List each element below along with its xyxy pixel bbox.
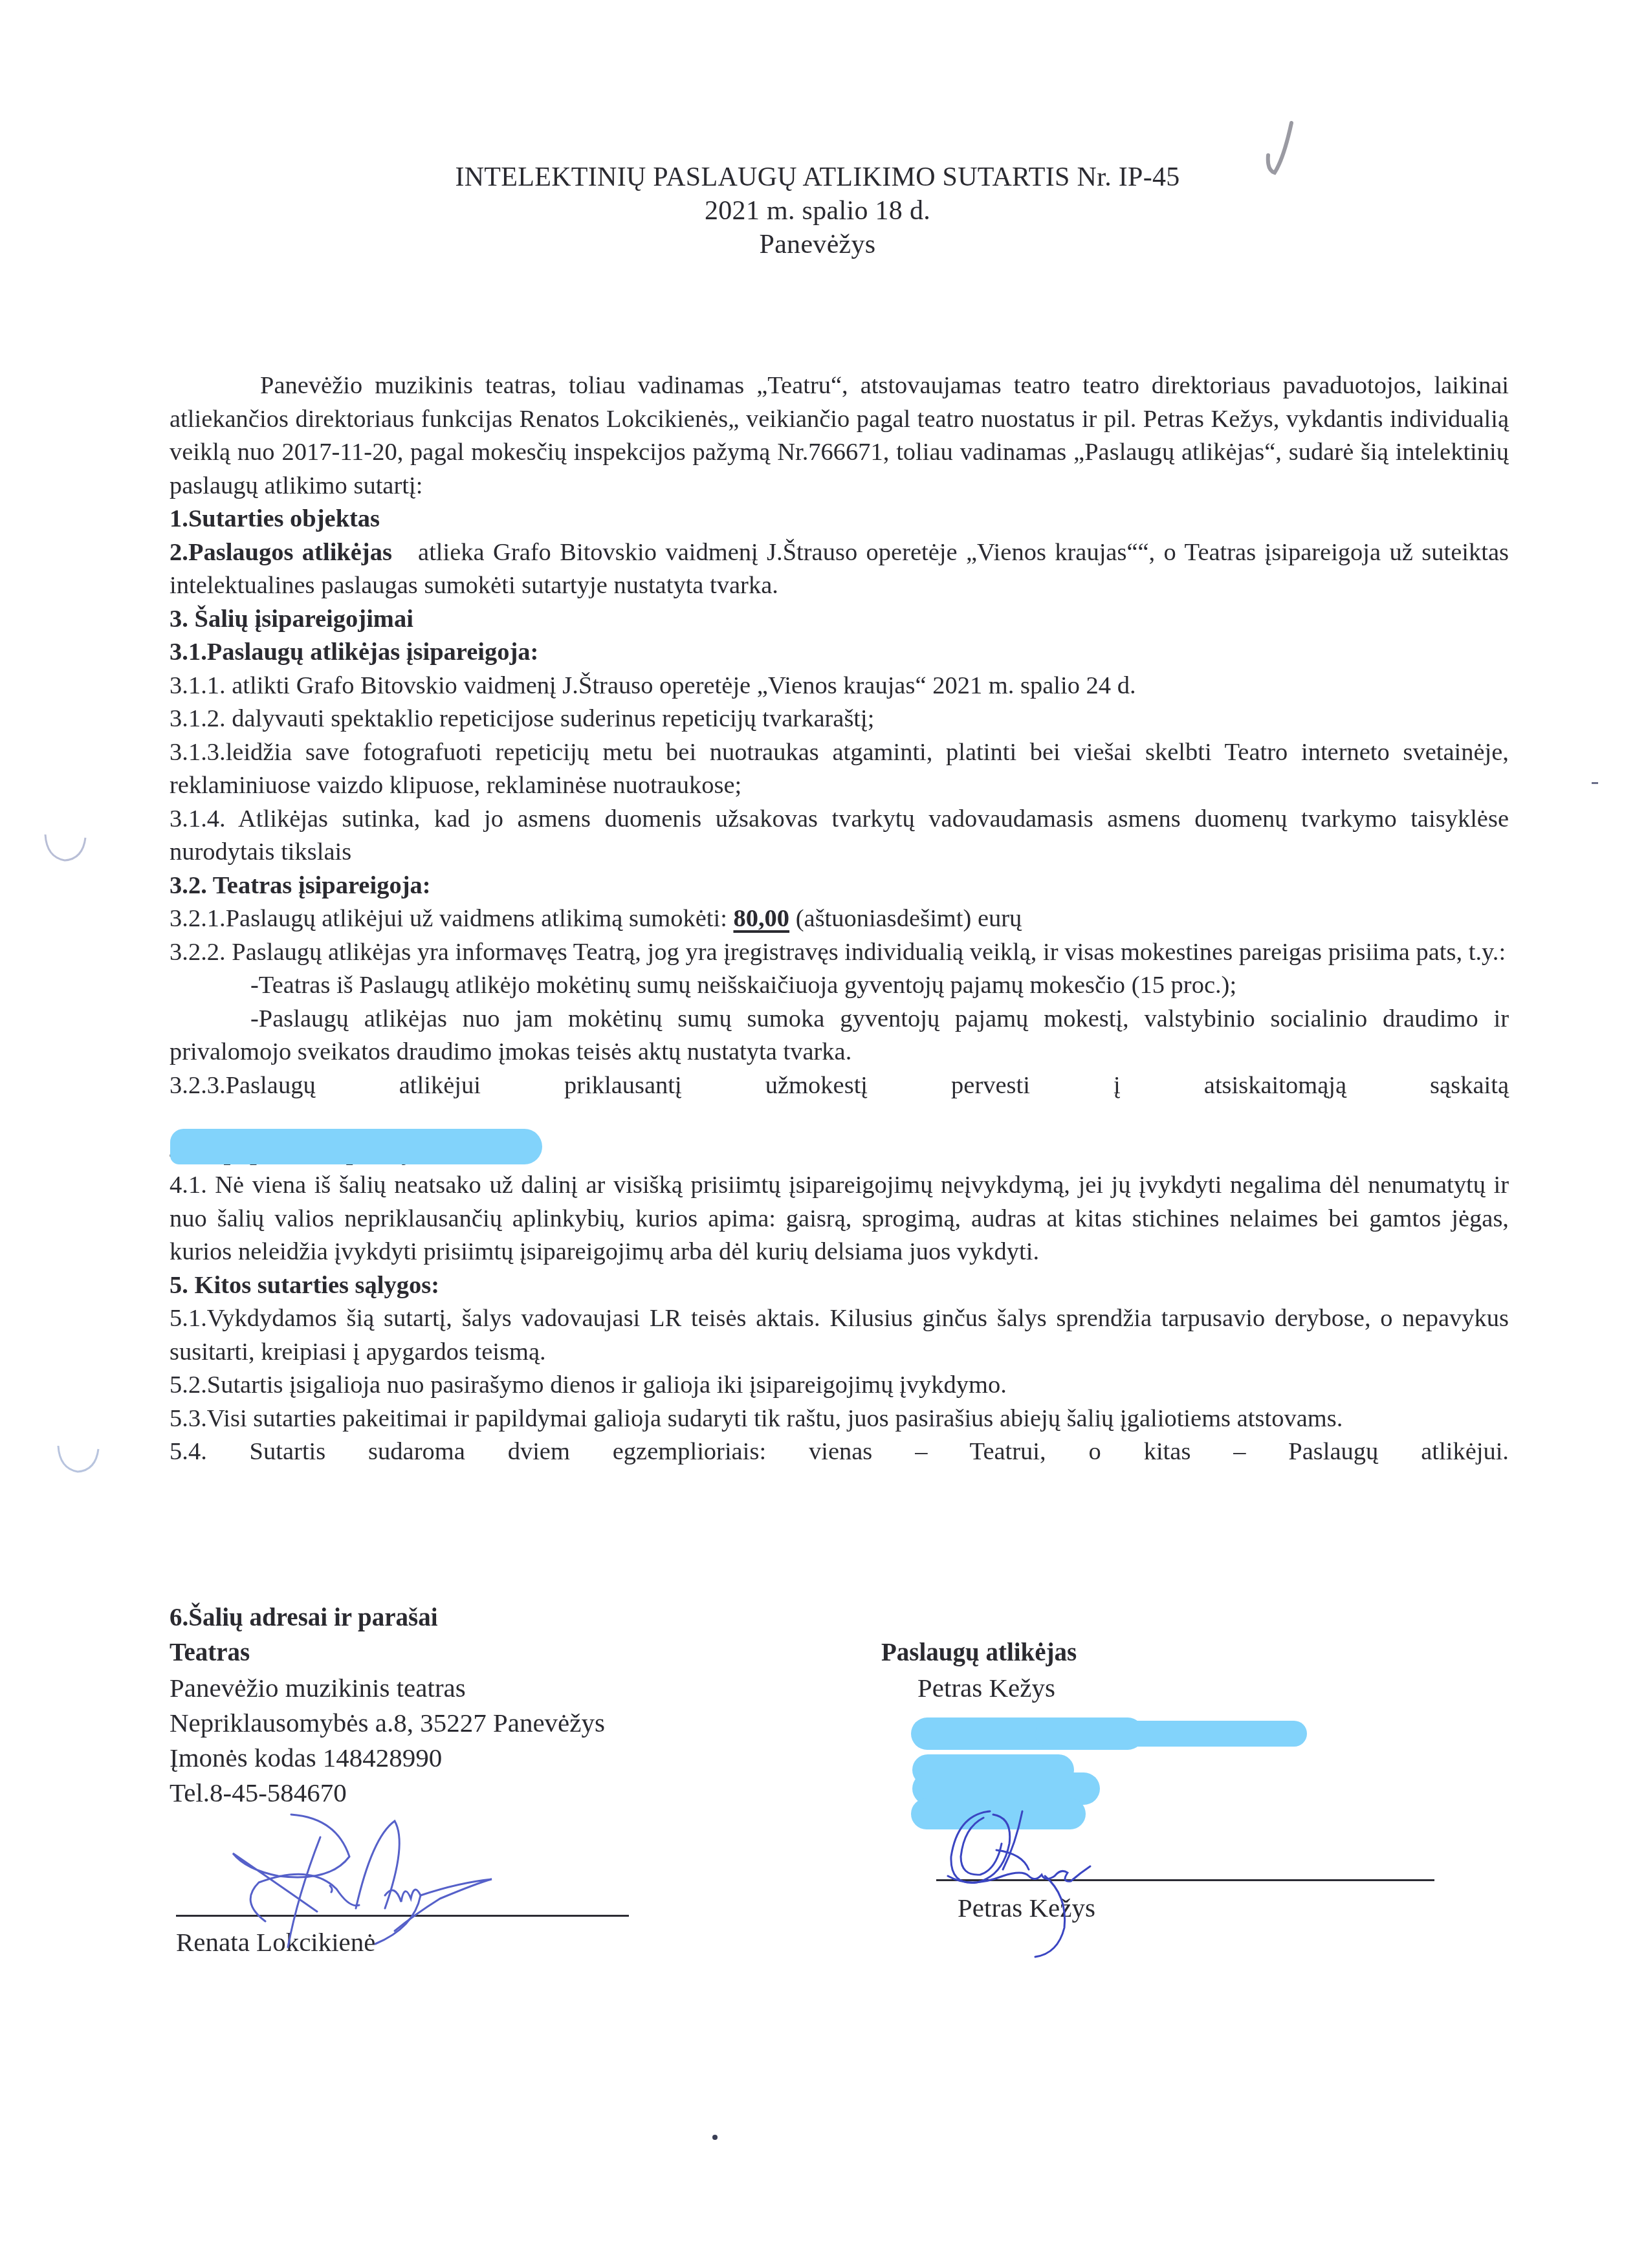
clause-5-1: 5.1.Vykdydamos šią sutartį, šalys vadova… xyxy=(170,1302,1509,1369)
clause-3-2-1: 3.2.1.Paslaugų atlikėjui už vaidmens atl… xyxy=(170,902,1509,936)
performer-label: Paslaugų atlikėjas xyxy=(881,1635,1077,1670)
section-1-heading: 1.Sutarties objektas xyxy=(170,503,1509,536)
contract-page: INTELEKTINIŲ PASLAUGŲ ATLIKIMO SUTARTIS … xyxy=(0,0,1635,2268)
section-2-heading: 2.Paslaugos atlikėjas xyxy=(170,539,392,566)
intro-paragraph: Panevėžio muzikinis teatras, toliau vadi… xyxy=(170,369,1509,503)
performer-name: Petras Kežys xyxy=(881,1670,1077,1705)
payment-amount: 80,00 xyxy=(733,905,789,932)
performer-signature xyxy=(932,1798,1165,1960)
performer-label-block: Paslaugų atlikėjas Petras Kežys xyxy=(881,1635,1077,1705)
section-3-1-heading: 3.1.Paslaugų atlikėjas įsipareigoja: xyxy=(170,636,1509,670)
section-3-heading: 3. Šalių įsipareigojimai xyxy=(170,603,1509,637)
clause-4-1: 4.1. Nė viena iš šalių neatsako už dalin… xyxy=(170,1169,1509,1269)
punch-hole-mark xyxy=(52,1439,110,1485)
redaction-performer-line-1b xyxy=(1035,1721,1307,1747)
section-2: 2.Paslaugos atlikėjas atlieka Grafo Bito… xyxy=(170,536,1509,603)
clause-5-3: 5.3.Visi sutarties pakeitimai ir papildy… xyxy=(170,1402,1509,1436)
scan-dot xyxy=(712,2135,718,2140)
theatre-address: Nepriklausomybės a.8, 35227 Panevėžys xyxy=(170,1705,605,1740)
theatre-details: 6.Šalių adresai ir parašai Teatras Panev… xyxy=(170,1600,605,1810)
section-3-2-heading: 3.2. Teatras įsipareigoja: xyxy=(170,869,1509,903)
clause-3-1-4: 3.1.4. Atlikėjas sutinka, kad jo asmens … xyxy=(170,803,1509,869)
clause-3-2-2-bullet-2: -Paslaugų atlikėjas nuo jam mokėtinų sum… xyxy=(170,1003,1509,1069)
clause-3-1-2: 3.1.2. dalyvauti spektaklio repeticijose… xyxy=(170,703,1509,736)
contract-city: Panevėžys xyxy=(0,228,1635,261)
contract-body: Panevėžio muzikinis teatras, toliau vadi… xyxy=(170,369,1509,1469)
clause-3-1-3: 3.1.3.leidžia save fotografuoti repetici… xyxy=(170,736,1509,803)
contract-title: INTELEKTINIŲ PASLAUGŲ ATLIKIMO SUTARTIS … xyxy=(0,160,1635,194)
clause-3-2-2: 3.2.2. Paslaugų atlikėjas yra informavęs… xyxy=(170,936,1509,970)
section-6-heading: 6.Šalių adresai ir parašai xyxy=(170,1600,605,1635)
section-5-heading: 5. Kitos sutarties sąlygos: xyxy=(170,1269,1509,1303)
clause-3-2-2-bullet-1: -Teatras iš Paslaugų atlikėjo mokėtinų s… xyxy=(170,969,1509,1003)
clause-5-2: 5.2.Sutartis įsigalioja nuo pasirašymo d… xyxy=(170,1369,1509,1402)
theatre-company-code: Įmonės kodas 148428990 xyxy=(170,1740,605,1775)
contract-date: 2021 m. spalio 18 d. xyxy=(0,194,1635,228)
theatre-label: Teatras xyxy=(170,1635,605,1670)
redaction-account xyxy=(170,1129,542,1164)
scan-dash xyxy=(1592,782,1598,784)
theatre-signature xyxy=(220,1792,556,1960)
punch-hole-mark xyxy=(39,828,97,873)
checkmark-icon xyxy=(1262,120,1300,178)
clause-3-2-3: 3.2.3.Paslaugų atlikėjui priklausantį už… xyxy=(170,1069,1509,1103)
clause-5-4: 5.4. Sutartis sudaroma dviem egzempliori… xyxy=(170,1435,1509,1469)
clause-3-1-1: 3.1.1. atlikti Grafo Bitovskio vaidmenį … xyxy=(170,670,1509,703)
theatre-name: Panevėžio muzikinis teatras xyxy=(170,1670,605,1705)
